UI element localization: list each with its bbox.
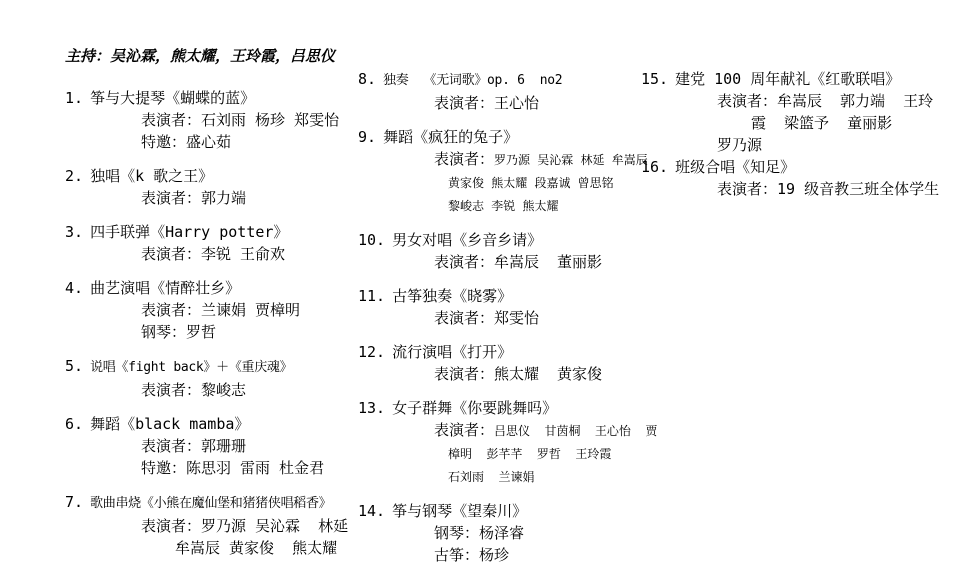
performer-line: 黄家俊 熊太耀 段嘉诚 曾思铭	[358, 171, 641, 194]
performer-names: 樟明 彭芊芊 罗哲 王玲霞	[448, 447, 611, 461]
performer-label: 表演者：	[434, 150, 494, 168]
item-title-line: 6.舞蹈《black mamba》	[65, 413, 357, 435]
item-title: 女子群舞《你要跳舞吗》	[392, 399, 557, 417]
host-line: 主持：吴沁霖，熊太耀，王玲霞，吕思仪	[65, 45, 357, 67]
item-title: 歌曲串烧《小熊在魔仙堡和猪猪侠唱稻香》	[90, 496, 331, 511]
performer-names: 石刘雨 兰谏娟	[448, 470, 534, 484]
performer-names: 表演者：郑雯怡	[434, 309, 539, 327]
performer-line: 表演者：罗乃源 吴沁霖 林延 牟嵩辰	[358, 148, 641, 171]
program-item: 14.筝与钢琴《望秦川》钢琴：杨泽睿古筝：杨珍	[358, 500, 641, 566]
performer-names: 表演者：牟嵩辰 董丽影	[434, 253, 602, 271]
performer-line: 表演者：罗乃源 吴沁霖 林延	[65, 515, 357, 537]
item-number: 13.	[358, 399, 385, 417]
item-number: 1.	[65, 89, 83, 107]
item-number: 10.	[358, 231, 385, 249]
item-title-line: 7.歌曲串烧《小熊在魔仙堡和猪猪侠唱稻香》	[65, 491, 357, 515]
program-item: 5.说唱《fight back》＋《重庆魂》表演者：黎峻志	[65, 355, 357, 401]
performer-line: 霞 梁篮予 童丽影	[641, 112, 953, 134]
program-item: 7.歌曲串烧《小熊在魔仙堡和猪猪侠唱稻香》表演者：罗乃源 吴沁霖 林延牟嵩辰 黄…	[65, 491, 357, 559]
performer-line: 钢琴：杨泽睿	[358, 522, 641, 544]
performer-line: 牟嵩辰 黄家俊 熊太耀	[65, 537, 357, 559]
performer-line: 表演者：李锐 王俞欢	[65, 243, 357, 265]
item-number: 6.	[65, 415, 83, 433]
performer-line: 特邀：盛心茹	[65, 131, 357, 153]
performer-line: 樟明 彭芊芊 罗哲 王玲霞	[358, 442, 641, 465]
performer-line: 表演者：王心怡	[358, 92, 641, 114]
program-item: 11.古筝独奏《晓雾》表演者：郑雯怡	[358, 285, 641, 329]
item-title: 舞蹈《black mamba》	[90, 415, 249, 433]
performer-names: 罗乃源	[717, 136, 762, 154]
item-title-line: 8.独奏 《无词歌》op. 6 no2	[358, 68, 641, 92]
program-item: 2.独唱《k 歌之王》表演者：郭力端	[65, 165, 357, 209]
item-title-line: 12.流行演唱《打开》	[358, 341, 641, 363]
performer-line: 表演者：19 级音教三班全体学生	[641, 178, 953, 200]
item-number: 4.	[65, 279, 83, 297]
column-2: 8.独奏 《无词歌》op. 6 no2表演者：王心怡9.舞蹈《疯狂的兔子》表演者…	[358, 68, 641, 566]
item-title: 班级合唱《知足》	[675, 158, 795, 176]
program-item: 9.舞蹈《疯狂的兔子》表演者：罗乃源 吴沁霖 林延 牟嵩辰黄家俊 熊太耀 段嘉诚…	[358, 126, 641, 217]
performer-names: 罗乃源 吴沁霖 林延 牟嵩辰	[494, 153, 648, 167]
item-number: 2.	[65, 167, 83, 185]
item-number: 11.	[358, 287, 385, 305]
performer-names: 表演者：黎峻志	[141, 381, 246, 399]
performer-names: 钢琴：罗哲	[141, 323, 216, 341]
performer-line: 特邀：陈思羽 雷雨 杜金君	[65, 457, 357, 479]
item-title-line: 5.说唱《fight back》＋《重庆魂》	[65, 355, 357, 379]
performer-names: 表演者：王心怡	[434, 94, 539, 112]
item-number: 12.	[358, 343, 385, 361]
performer-names: 古筝：杨珍	[434, 546, 509, 564]
item-title-line: 4.曲艺演唱《情醉壮乡》	[65, 277, 357, 299]
item-number: 8.	[358, 70, 376, 88]
performer-label: 表演者：	[434, 421, 494, 439]
item-title: 古筝独奏《晓雾》	[392, 287, 512, 305]
item-title-line: 14.筝与钢琴《望秦川》	[358, 500, 641, 522]
item-title-line: 2.独唱《k 歌之王》	[65, 165, 357, 187]
performer-names: 表演者：罗乃源 吴沁霖 林延	[141, 517, 348, 535]
item-title: 流行演唱《打开》	[392, 343, 512, 361]
performer-line: 表演者：郭珊珊	[65, 435, 357, 457]
performer-names: 表演者：19 级音教三班全体学生	[717, 180, 939, 198]
item-title: 独唱《k 歌之王》	[90, 167, 213, 185]
performer-names: 黎峻志 李锐 熊太耀	[448, 199, 558, 213]
program-item: 3.四手联弹《Harry potter》表演者：李锐 王俞欢	[65, 221, 357, 265]
performer-line: 表演者：郭力端	[65, 187, 357, 209]
item-title-line: 1.筝与大提琴《蝴蝶的蓝》	[65, 87, 357, 109]
performer-names: 牟嵩辰 黄家俊 熊太耀	[175, 539, 337, 557]
performer-names: 霞 梁篮予 童丽影	[751, 114, 892, 132]
item-title-line: 10.男女对唱《乡音乡请》	[358, 229, 641, 251]
performer-line: 罗乃源	[641, 134, 953, 156]
item-title-line: 3.四手联弹《Harry potter》	[65, 221, 357, 243]
performer-names: 特邀：陈思羽 雷雨 杜金君	[141, 459, 324, 477]
item-number: 9.	[358, 128, 376, 146]
item-number: 16.	[641, 158, 668, 176]
item-title: 建党 100 周年献礼《红歌联唱》	[675, 70, 900, 88]
program-item: 6.舞蹈《black mamba》表演者：郭珊珊特邀：陈思羽 雷雨 杜金君	[65, 413, 357, 479]
column-2-items: 8.独奏 《无词歌》op. 6 no2表演者：王心怡9.舞蹈《疯狂的兔子》表演者…	[358, 68, 641, 566]
performer-names: 表演者：兰谏娟 贾樟明	[141, 301, 300, 319]
item-title: 四手联弹《Harry potter》	[90, 223, 288, 241]
column-1: 主持：吴沁霖，熊太耀，王玲霞，吕思仪 1.筝与大提琴《蝴蝶的蓝》表演者：石刘雨 …	[65, 45, 357, 559]
performer-names: 表演者：郭力端	[141, 189, 246, 207]
performer-line: 表演者：黎峻志	[65, 379, 357, 401]
performer-line: 黎峻志 李锐 熊太耀	[358, 194, 641, 217]
performer-line: 表演者：牟嵩辰 郭力端 王玲	[641, 90, 953, 112]
performer-names: 特邀：盛心茹	[141, 133, 231, 151]
performer-names: 表演者：李锐 王俞欢	[141, 245, 285, 263]
program-item: 15.建党 100 周年献礼《红歌联唱》表演者：牟嵩辰 郭力端 王玲霞 梁篮予 …	[641, 68, 953, 156]
item-title-line: 15.建党 100 周年献礼《红歌联唱》	[641, 68, 953, 90]
item-title-line: 13.女子群舞《你要跳舞吗》	[358, 397, 641, 419]
item-title: 独奏 《无词歌》op. 6 no2	[383, 73, 562, 88]
performer-line: 表演者：兰谏娟 贾樟明	[65, 299, 357, 321]
item-title: 说唱《fight back》＋《重庆魂》	[90, 360, 292, 375]
column-3-items: 15.建党 100 周年献礼《红歌联唱》表演者：牟嵩辰 郭力端 王玲霞 梁篮予 …	[641, 68, 953, 200]
program-item: 1.筝与大提琴《蝴蝶的蓝》表演者：石刘雨 杨珍 郑雯怡特邀：盛心茹	[65, 87, 357, 153]
performer-line: 古筝：杨珍	[358, 544, 641, 566]
program-item: 8.独奏 《无词歌》op. 6 no2表演者：王心怡	[358, 68, 641, 114]
program-item: 10.男女对唱《乡音乡请》表演者：牟嵩辰 董丽影	[358, 229, 641, 273]
performer-line: 表演者：郑雯怡	[358, 307, 641, 329]
performer-names: 钢琴：杨泽睿	[434, 524, 524, 542]
performer-names: 表演者：牟嵩辰 郭力端 王玲	[717, 92, 933, 110]
item-title-line: 11.古筝独奏《晓雾》	[358, 285, 641, 307]
item-title: 舞蹈《疯狂的兔子》	[383, 128, 518, 146]
performer-line: 表演者：牟嵩辰 董丽影	[358, 251, 641, 273]
item-title: 曲艺演唱《情醉壮乡》	[90, 279, 240, 297]
item-number: 3.	[65, 223, 83, 241]
performer-line: 表演者：吕思仪 甘茵桐 王心怡 贾	[358, 419, 641, 442]
performer-line: 表演者：石刘雨 杨珍 郑雯怡	[65, 109, 357, 131]
item-number: 14.	[358, 502, 385, 520]
item-title: 筝与钢琴《望秦川》	[392, 502, 527, 520]
program-item: 16.班级合唱《知足》表演者：19 级音教三班全体学生	[641, 156, 953, 200]
performer-line: 表演者：熊太耀 黄家俊	[358, 363, 641, 385]
program-item: 13.女子群舞《你要跳舞吗》表演者：吕思仪 甘茵桐 王心怡 贾樟明 彭芊芊 罗哲…	[358, 397, 641, 488]
column-1-items: 1.筝与大提琴《蝴蝶的蓝》表演者：石刘雨 杨珍 郑雯怡特邀：盛心茹2.独唱《k …	[65, 87, 357, 559]
item-number: 7.	[65, 493, 83, 511]
performer-names: 吕思仪 甘茵桐 王心怡 贾	[494, 424, 657, 438]
performer-names: 黄家俊 熊太耀 段嘉诚 曾思铭	[448, 176, 614, 190]
item-number: 5.	[65, 357, 83, 375]
item-number: 15.	[641, 70, 668, 88]
program-item: 4.曲艺演唱《情醉壮乡》表演者：兰谏娟 贾樟明钢琴：罗哲	[65, 277, 357, 343]
column-3: 15.建党 100 周年献礼《红歌联唱》表演者：牟嵩辰 郭力端 王玲霞 梁篮予 …	[641, 68, 953, 200]
item-title-line: 16.班级合唱《知足》	[641, 156, 953, 178]
performer-names: 表演者：石刘雨 杨珍 郑雯怡	[141, 111, 339, 129]
performer-line: 石刘雨 兰谏娟	[358, 465, 641, 488]
performer-line: 钢琴：罗哲	[65, 321, 357, 343]
performer-names: 表演者：熊太耀 黄家俊	[434, 365, 602, 383]
item-title: 男女对唱《乡音乡请》	[392, 231, 542, 249]
program-document: 主持：吴沁霖，熊太耀，王玲霞，吕思仪 1.筝与大提琴《蝴蝶的蓝》表演者：石刘雨 …	[0, 0, 959, 586]
program-item: 12.流行演唱《打开》表演者：熊太耀 黄家俊	[358, 341, 641, 385]
performer-names: 表演者：郭珊珊	[141, 437, 246, 455]
item-title: 筝与大提琴《蝴蝶的蓝》	[90, 89, 255, 107]
item-title-line: 9.舞蹈《疯狂的兔子》	[358, 126, 641, 148]
